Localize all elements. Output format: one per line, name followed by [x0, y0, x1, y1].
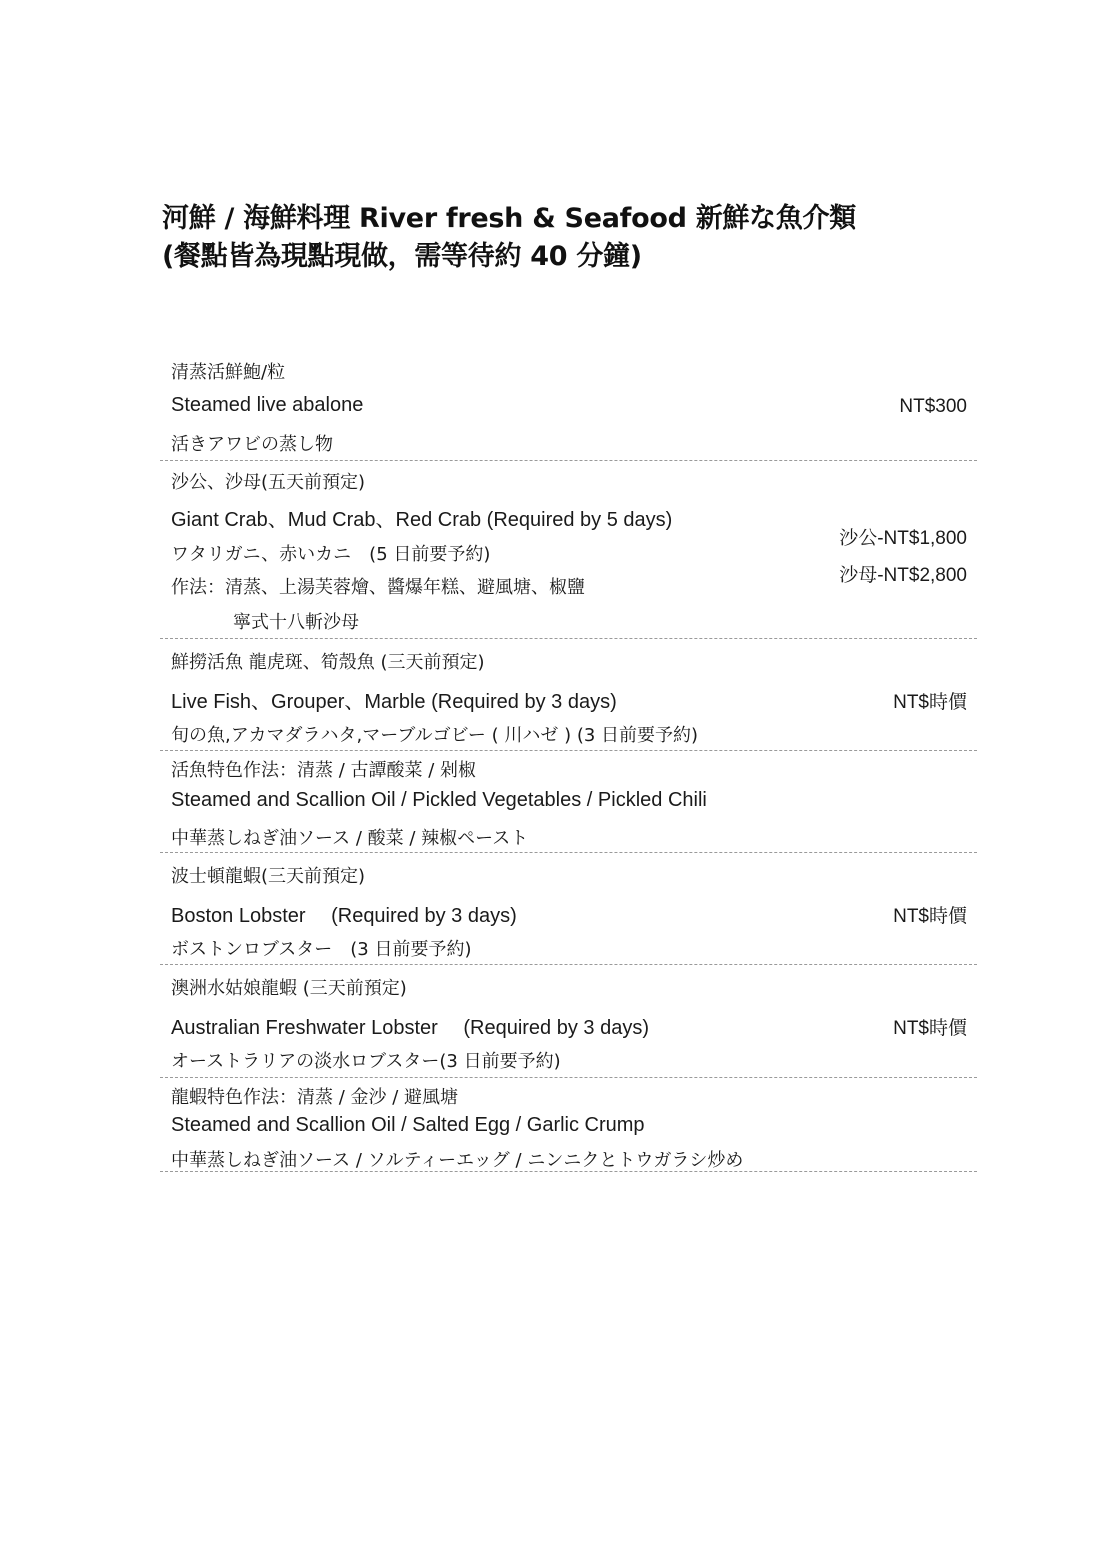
page-subtitle-wait-notice: (餐點皆為現點現做，需等待約 40 分鐘)	[162, 238, 942, 276]
item-name-ja: 活きアワビの蒸し物	[171, 430, 333, 456]
item-name-zh: 龍蝦特色作法：清蒸 / 金沙 / 避風塘	[171, 1083, 458, 1109]
item-price: NT$時價	[893, 687, 967, 714]
item-cooking-methods: 作法：清蒸、上湯芙蓉燴、醬爆年糕、避風塘、椒鹽	[171, 573, 585, 599]
item-name-en: Live Fish、Grouper、Marble (Required by 3 …	[171, 685, 617, 714]
item-price: NT$時價	[893, 1013, 967, 1040]
item-name-zh: 沙公、沙母(五天前預定)	[171, 468, 365, 494]
item-name-ja: 中華蒸しねぎ油ソース / 酸菜 / 辣椒ペースト	[171, 824, 528, 850]
item-name-zh: 活魚特色作法：清蒸 / 古譚酸菜 / 剁椒	[171, 756, 476, 782]
menu-item-lobster-cooking-styles: 龍蝦特色作法：清蒸 / 金沙 / 避風塘 Steamed and Scallio…	[160, 1078, 977, 1172]
item-price: NT$300	[899, 396, 967, 418]
item-name-en: Steamed and Scallion Oil / Pickled Veget…	[171, 789, 707, 812]
item-name-ja: 中華蒸しねぎ油ソース / ソルティーエッグ / ニンニクとトウガラシ炒め	[171, 1146, 743, 1172]
item-name-ja: 旬の魚,アカマダラハタ,マーブルゴビー ( 川ハゼ ) (3 日前要予約)	[171, 721, 698, 747]
menu-item-abalone: 清蒸活鮮鮑/粒 Steamed live abalone 活きアワビの蒸し物 N…	[160, 352, 977, 461]
menu-item-crab: 沙公、沙母(五天前預定) Giant Crab、Mud Crab、Red Cra…	[160, 461, 977, 639]
item-price-female-crab: 沙母-NT$2,800	[839, 560, 967, 587]
item-cooking-methods-cont: 寧式十八斬沙母	[171, 608, 359, 634]
item-name-zh: 澳洲水姑娘龍蝦 (三天前預定)	[171, 974, 407, 1000]
menu-item-australian-lobster: 澳洲水姑娘龍蝦 (三天前預定) Australian Freshwater Lo…	[160, 965, 977, 1078]
menu-header: 河鮮 / 海鮮料理 River fresh & Seafood 新鮮な魚介類 (…	[162, 200, 942, 276]
item-name-ja: ボストンロブスター (3 日前要予約)	[171, 935, 472, 961]
menu-list: 清蒸活鮮鮑/粒 Steamed live abalone 活きアワビの蒸し物 N…	[160, 352, 977, 1172]
menu-item-live-fish: 鮮撈活魚 龍虎斑、筍殼魚 (三天前預定) Live Fish、Grouper、M…	[160, 639, 977, 751]
item-name-zh: 鮮撈活魚 龍虎斑、筍殼魚 (三天前預定)	[171, 648, 485, 674]
item-name-ja: ワタリガニ、赤いカニ (5 日前要予約)	[171, 540, 490, 566]
item-name-en: Giant Crab、Mud Crab、Red Crab (Required b…	[171, 503, 672, 532]
item-name-en: Steamed and Scallion Oil / Salted Egg / …	[171, 1114, 645, 1137]
item-name-zh: 波士頓龍蝦(三天前預定)	[171, 862, 365, 888]
page-title: 河鮮 / 海鮮料理 River fresh & Seafood 新鮮な魚介類	[162, 200, 942, 238]
menu-item-fish-cooking-styles: 活魚特色作法：清蒸 / 古譚酸菜 / 剁椒 Steamed and Scalli…	[160, 751, 977, 853]
item-price-male-crab: 沙公-NT$1,800	[839, 523, 967, 550]
item-name-zh: 清蒸活鮮鮑/粒	[171, 358, 285, 384]
item-price: NT$時價	[893, 901, 967, 928]
item-name-ja: オーストラリアの淡水ロブスター(3 日前要予約)	[171, 1047, 561, 1073]
menu-item-boston-lobster: 波士頓龍蝦(三天前預定) Boston Lobster (Required by…	[160, 853, 977, 965]
item-name-en: Boston Lobster (Required by 3 days)	[171, 899, 517, 928]
item-name-en: Australian Freshwater Lobster (Required …	[171, 1011, 649, 1040]
item-name-en: Steamed live abalone	[171, 394, 363, 417]
